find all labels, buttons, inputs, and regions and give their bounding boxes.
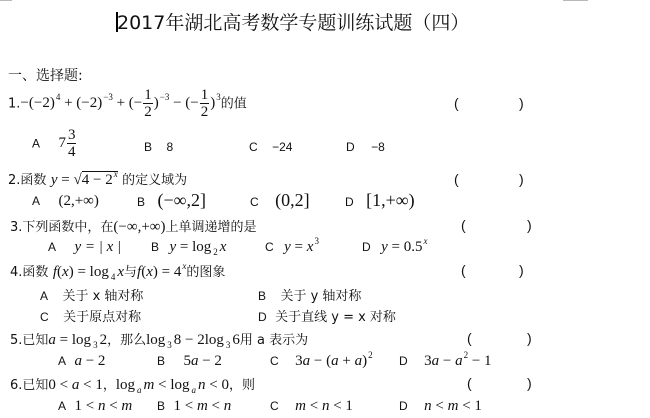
- answer-bracket-close-3: ): [527, 217, 532, 233]
- q5-option-a[interactable]: A a − 2: [58, 352, 105, 370]
- answer-bracket-close-4: ): [519, 262, 524, 278]
- q6-option-a[interactable]: A 1 < n < m: [58, 397, 132, 415]
- section-heading: 一、选择题:: [8, 65, 83, 85]
- answer-bracket-open-5: (: [467, 330, 472, 346]
- q2-option-c[interactable]: C (0,2]: [250, 190, 310, 211]
- answer-bracket-open-4: (: [461, 262, 466, 278]
- question-5-stem: 5.已知a = log32，那么log38 − 2log36用 a 表示为: [10, 329, 308, 349]
- q3-option-c[interactable]: C y = x3: [265, 238, 319, 256]
- q4-option-c[interactable]: C 关于原点对称: [40, 306, 141, 326]
- answer-bracket-close-5: ): [527, 330, 532, 346]
- question-6-stem: 6.已知0 < a < 1，logam < logan < 0，则: [10, 374, 255, 394]
- q6-option-c[interactable]: C m < n < 1: [270, 397, 353, 415]
- q5-option-d[interactable]: D 3a − a2 − 1: [399, 352, 492, 370]
- answer-bracket-close-1: ): [519, 95, 524, 111]
- question-4-stem: 4.函数 f(x) = log4x与f(x) = 4x的图象: [10, 261, 225, 281]
- answer-bracket-close-6: ): [527, 375, 532, 391]
- q1-expression: −(−2)4 + (−2)−3 + (−12)−3 − (−12)3: [20, 95, 220, 111]
- q1-option-a[interactable]: A 734: [32, 128, 77, 160]
- q2-expression: y = √4 − 2x: [51, 171, 118, 188]
- answer-bracket-open-2: (: [454, 171, 459, 187]
- q4-option-b[interactable]: B 关于 y 轴对称: [258, 285, 361, 305]
- q3-option-a[interactable]: A y = | x |: [48, 238, 121, 256]
- answer-bracket-open-3: (: [461, 217, 466, 233]
- answer-bracket-open-6: (: [467, 375, 472, 391]
- q2-option-d[interactable]: D [1,+∞): [345, 190, 415, 211]
- margin-mark-right: [563, 0, 588, 1]
- q4-option-d[interactable]: D 关于直线 y = x 对称: [258, 306, 396, 326]
- margin-mark-left: [0, 0, 12, 1]
- question-1-stem: 1.−(−2)4 + (−2)−3 + (−12)−3 − (−12)3的值: [8, 88, 247, 120]
- answer-bracket-open-1: (: [454, 95, 459, 111]
- document-title[interactable]: 2017年湖北高考数学专题训练试题（四）: [116, 8, 469, 35]
- q2-option-b[interactable]: B (−∞,2]: [137, 190, 206, 211]
- question-3-stem: 3.下列函数中，在(−∞,+∞)上单调递增的是: [10, 216, 256, 236]
- question-2-stem: 2.函数 y = √4 − 2x 的定义域为: [8, 169, 187, 189]
- q6-option-d[interactable]: D n < m < 1: [399, 397, 482, 415]
- q6-option-b[interactable]: B 1 < m < n: [157, 397, 231, 415]
- q1-option-c[interactable]: C −24: [249, 138, 292, 156]
- q3-option-d[interactable]: D y = 0.5x: [362, 238, 428, 256]
- answer-bracket-close-2: ): [519, 171, 524, 187]
- q5-option-b[interactable]: B 5a − 2: [157, 352, 222, 370]
- q2-option-a[interactable]: A (2,+∞): [32, 192, 99, 210]
- q3-option-b[interactable]: B y = log2x: [151, 238, 226, 256]
- q5-option-c[interactable]: C 3a − (a + a)2: [270, 352, 373, 370]
- q1-option-d[interactable]: D −8: [346, 138, 385, 156]
- q1-option-b[interactable]: B 8: [144, 138, 173, 156]
- q4-option-a[interactable]: A 关于 x 轴对称: [40, 285, 143, 305]
